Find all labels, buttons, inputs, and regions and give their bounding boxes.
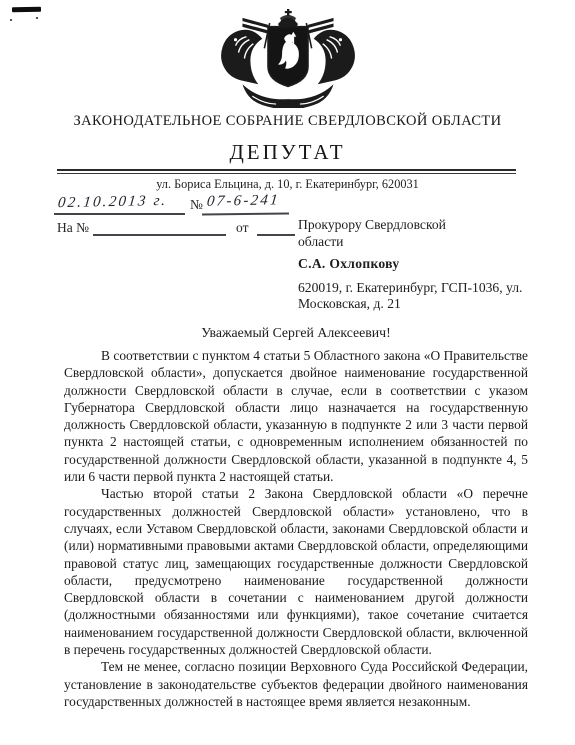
recipient-address: 620019, г. Екатеринбург, ГСП-1036, ул. М…	[298, 280, 543, 314]
addressee-block: Прокурору Свердловской области С.А. Охло…	[298, 217, 550, 313]
reply-number-underline	[93, 234, 226, 236]
reply-number-label: На №	[57, 220, 89, 236]
letterhead-divider	[57, 169, 516, 174]
number-sign: №	[190, 197, 203, 213]
letter-body: В соответствии с пунктом 4 статьи 5 Обла…	[64, 347, 528, 710]
scan-speck	[10, 19, 12, 21]
organization-name: ЗАКОНОДАТЕЛЬНОЕ СОБРАНИЕ СВЕРДЛОВСКОЙ ОБ…	[0, 113, 575, 130]
paragraph-2: Частью второй статьи 2 Закона Свердловск…	[64, 485, 528, 658]
paragraph-3: Тем не менее, согласно позиции Верховног…	[64, 658, 528, 710]
coat-of-arms-sverdlovsk-icon	[208, 9, 368, 108]
reply-from-label: от	[236, 220, 248, 236]
organization-address: ул. Бориса Ельцина, д. 10, г. Екатеринбу…	[0, 177, 575, 192]
letter-page: ЗАКОНОДАТЕЛЬНОЕ СОБРАНИЕ СВЕРДЛОВСКОЙ ОБ…	[0, 0, 575, 745]
scan-speck	[36, 17, 38, 19]
date-underline	[54, 213, 185, 215]
sender-role: ДЕПУТАТ	[0, 140, 575, 165]
number-underline	[202, 213, 289, 216]
scan-artifact-bar	[12, 7, 41, 13]
handwritten-date: 02.10.2013 г.	[57, 193, 168, 212]
reply-from-underline	[257, 234, 295, 236]
paragraph-1: В соответствии с пунктом 4 статьи 5 Обла…	[64, 347, 528, 485]
recipient-name: С.А. Охлопкову	[298, 256, 550, 273]
salutation: Уважаемый Сергей Алексеевич!	[64, 325, 528, 341]
recipient-title: Прокурору Свердловской области	[298, 217, 476, 250]
handwritten-outgoing-number: 07-6-241	[206, 192, 280, 211]
